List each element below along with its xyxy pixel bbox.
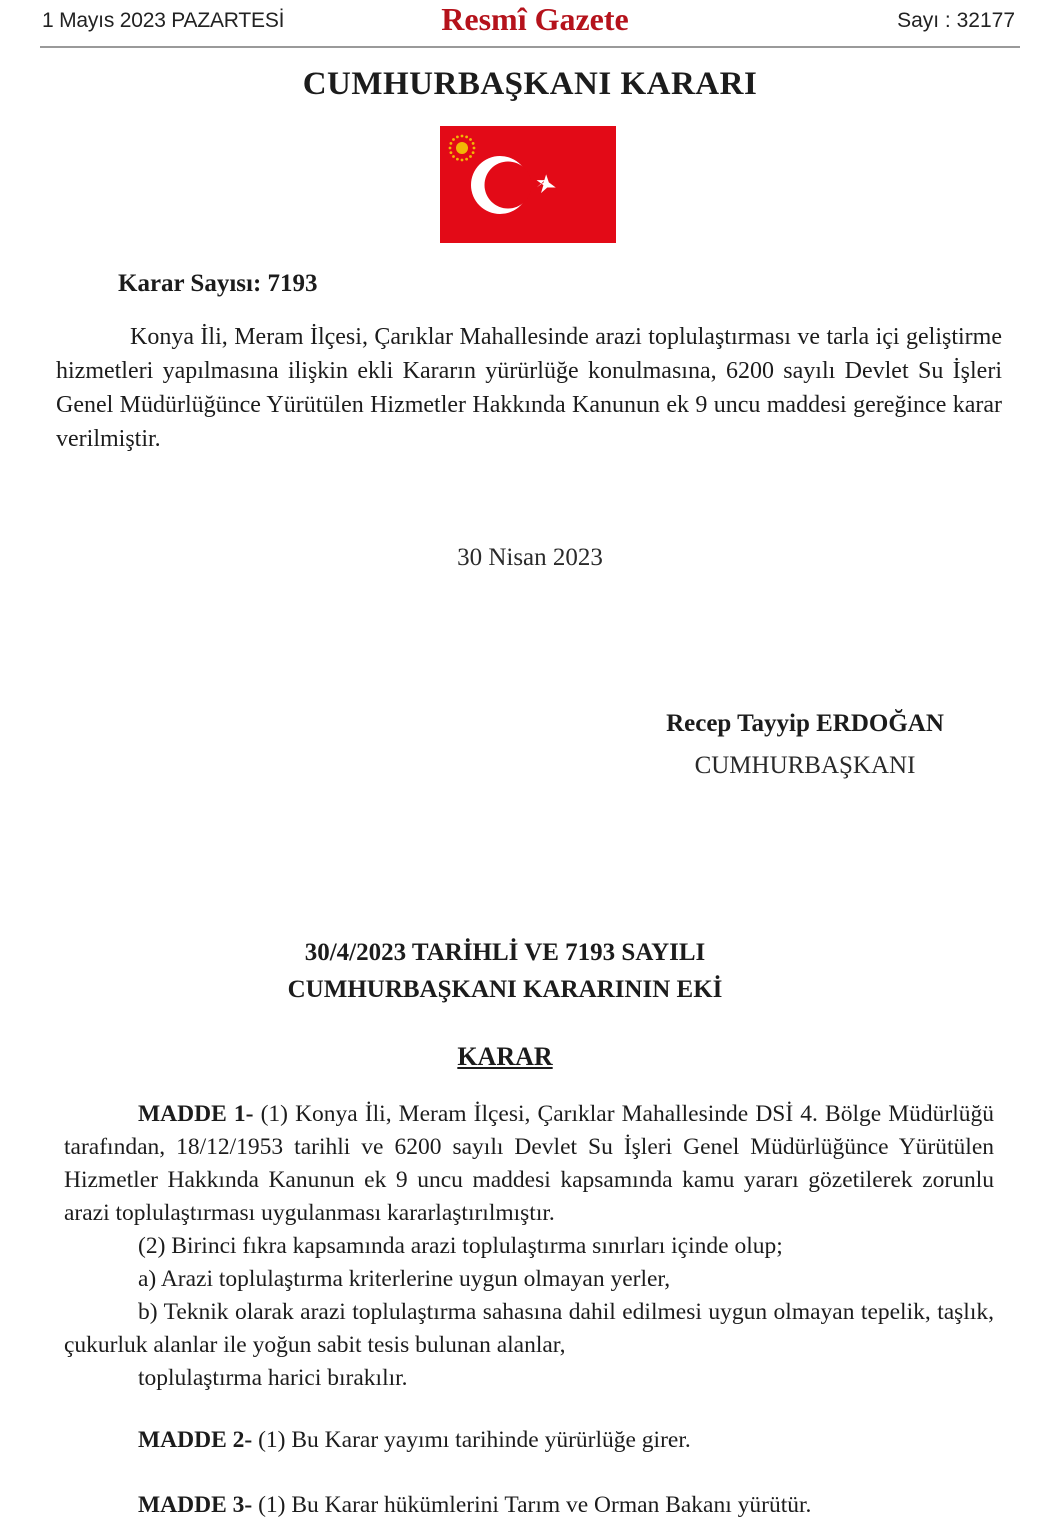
header-divider (40, 46, 1020, 48)
annex-title-line-1: 30/4/2023 TARİHLİ VE 7193 SAYILI (0, 934, 1010, 971)
article-1-paragraph-1: MADDE 1- (1) Konya İli, Meram İlçesi, Ça… (64, 1098, 994, 1230)
article-3-text: (1) Bu Karar hükümlerini Tarım ve Orman … (258, 1492, 811, 1518)
article-1-item-a: a) Arazi toplulaştırma kriterlerine uygu… (64, 1263, 994, 1296)
annex-title: 30/4/2023 TARİHLİ VE 7193 SAYILI CUMHURB… (0, 934, 1010, 1008)
annex-heading: KARAR (0, 1042, 1010, 1072)
decision-date: 30 Nisan 2023 (0, 544, 1060, 572)
presidential-flag-icon (440, 126, 616, 243)
article-2-label: MADDE 2- (138, 1427, 252, 1453)
article-1-conclusion: toplulaştırma harici bırakılır. (64, 1362, 994, 1395)
article-2-paragraph-1: MADDE 2- (1) Bu Karar yayımı tarihinde y… (64, 1424, 994, 1457)
article-2-text: (1) Bu Karar yayımı tarihinde yürürlüğe … (258, 1427, 691, 1453)
article-1-label: MADDE 1- (138, 1101, 253, 1127)
article-2: MADDE 2- (1) Bu Karar yayımı tarihinde y… (64, 1424, 994, 1457)
annex-title-line-2: CUMHURBAŞKANI KARARININ EKİ (0, 971, 1010, 1008)
article-1-paragraph-2: (2) Birinci fıkra kapsamında arazi toplu… (64, 1230, 994, 1263)
article-1-item-b: b) Teknik olarak arazi toplulaştırma sah… (64, 1296, 994, 1362)
decision-number: Karar Sayısı: 7193 (118, 270, 318, 298)
signatory-name: Recep Tayyip ERDOĞAN (600, 710, 1010, 738)
article-3-paragraph-1: MADDE 3- (1) Bu Karar hükümlerini Tarım … (64, 1489, 994, 1522)
article-3: MADDE 3- (1) Bu Karar hükümlerini Tarım … (64, 1489, 994, 1522)
intro-paragraph: Konya İli, Meram İlçesi, Çarıklar Mahall… (56, 320, 1002, 456)
article-1: MADDE 1- (1) Konya İli, Meram İlçesi, Ça… (64, 1098, 994, 1395)
document-title: CUMHURBAŞKANI KARARI (0, 66, 1060, 103)
signatory-title: CUMHURBAŞKANI (600, 752, 1010, 780)
issue-number: Sayı : 32177 (897, 9, 1015, 33)
article-3-label: MADDE 3- (138, 1492, 252, 1518)
